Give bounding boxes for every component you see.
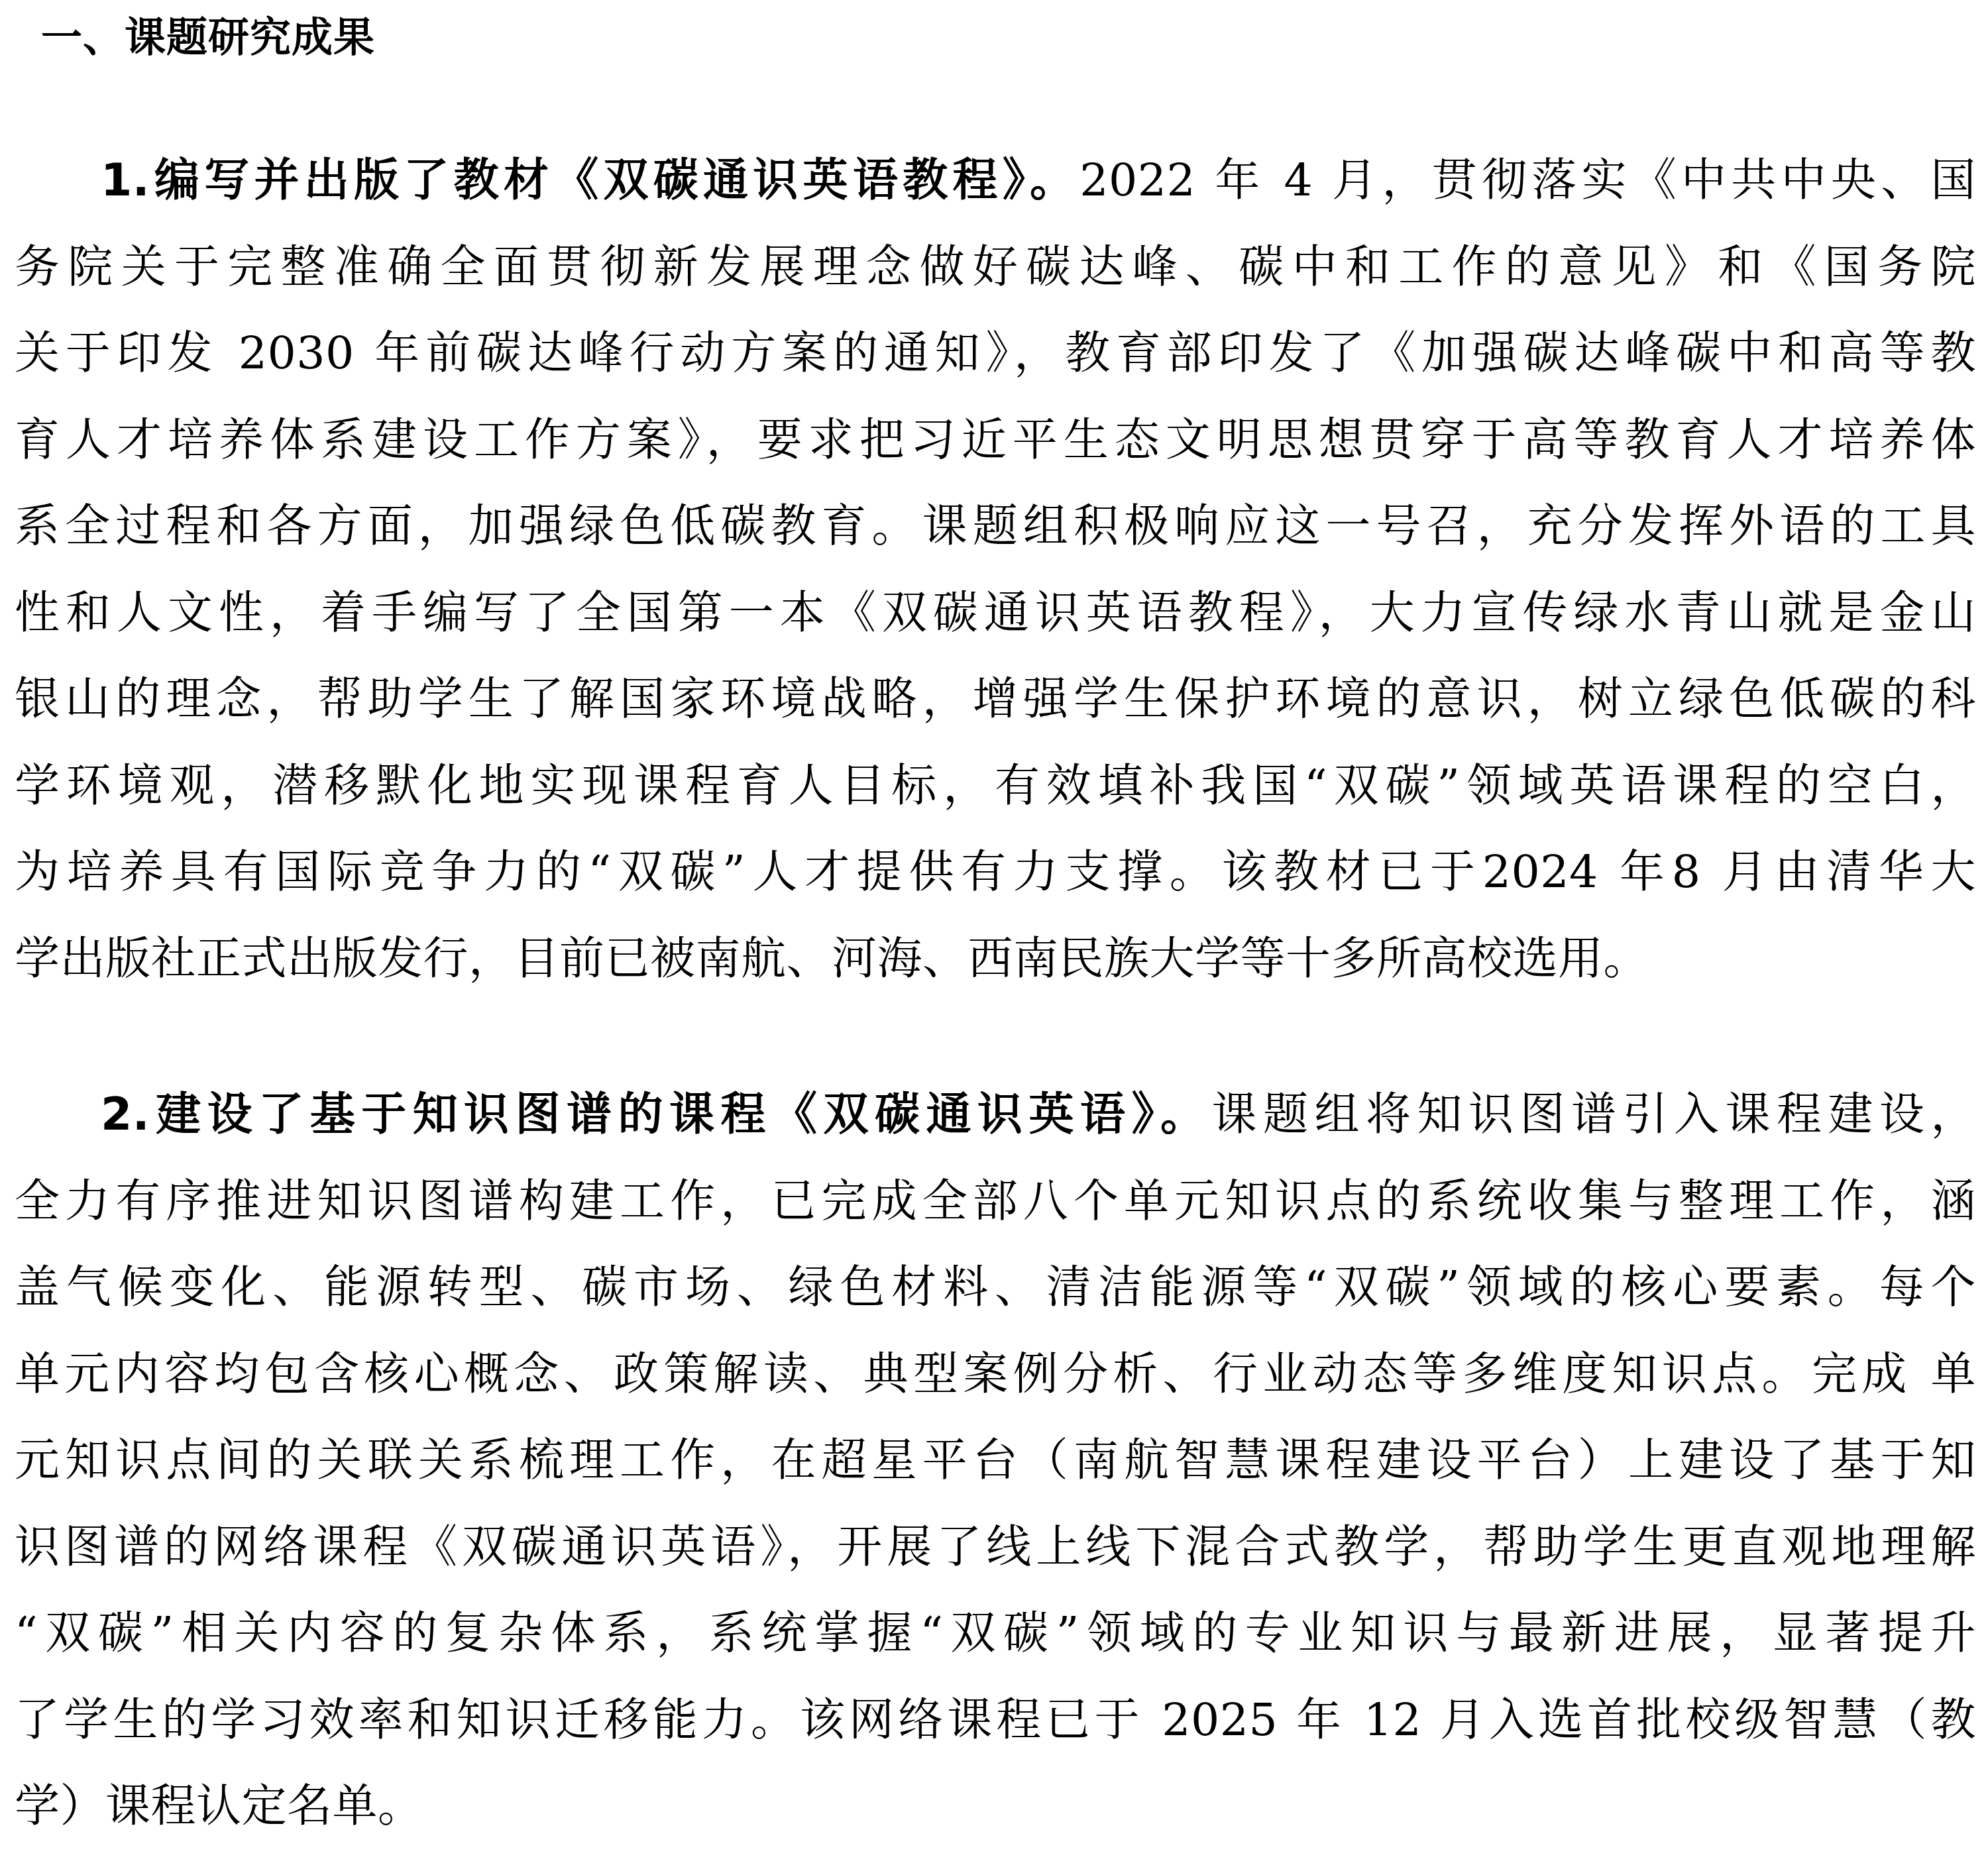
paragraph-2-line-7: “双碳”相关内容的复杂体系，系统掌握“双碳”领域的专业知识与最新进展，显著提升 bbox=[15, 1591, 1976, 1678]
paragraph-2: 2.建设了基于知识图谱的课程《双碳通识英语》。课题组将知识图谱引入课程建设， 全… bbox=[15, 1072, 1976, 1850]
paragraph-1-line-10: 学出版社正式出版发行，目前已被南航、河海、西南民族大学等十多所高校选用。 bbox=[15, 916, 1976, 1003]
paragraph-2-line-3: 盖气候变化、能源转型、碳市场、绿色材料、清洁能源等“双碳”领域的核心要素。每个 bbox=[15, 1245, 1976, 1332]
paragraph-1-line-3: 关于印发 2030 年前碳达峰行动方案的通知》，教育部印发了《加强碳达峰碳中和高… bbox=[15, 311, 1976, 398]
section-heading: 一、课题研究成果 bbox=[41, 8, 375, 68]
paragraph-1-line-2: 务院关于完整准确全面贯彻新发展理念做好碳达峰、碳中和工作的意见》和《国务院 bbox=[15, 225, 1976, 311]
paragraph-1-line-5: 系全过程和各方面，加强绿色低碳教育。课题组积极响应这一号召，充分发挥外语的工具 bbox=[15, 484, 1976, 570]
paragraph-1: 1.编写并出版了教材《双碳通识英语教程》。2022 年 4 月，贯彻落实《中共中… bbox=[15, 138, 1976, 1002]
document-page: 一、课题研究成果 1.编写并出版了教材《双碳通识英语教程》。2022 年 4 月… bbox=[0, 0, 1988, 1867]
paragraph-2-number: 2. bbox=[101, 1089, 150, 1141]
paragraph-2-line-2: 全力有序推进知识图谱构建工作，已完成全部八个单元知识点的系统收集与整理工作，涵 bbox=[15, 1159, 1976, 1246]
paragraph-1-line-8: 学环境观，潜移默化地实现课程育人目标，有效填补我国“双碳”领域英语课程的空白， bbox=[15, 743, 1976, 830]
paragraph-1-line-9: 为培养具有国际竞争力的“双碳”人才提供有力支撑。该教材已于2024 年8 月由清… bbox=[15, 829, 1976, 916]
paragraph-1-number: 1. bbox=[101, 154, 150, 207]
paragraph-1-line-4: 育人才培养体系建设工作方案》，要求把习近平生态文明思想贯穿于高等教育人才培养体 bbox=[15, 398, 1976, 484]
paragraph-2-text: 课题组将知识图谱引入课程建设， bbox=[1212, 1089, 1976, 1141]
paragraph-1-lead: 编写并出版了教材《双碳通识英语教程》。 bbox=[150, 154, 1079, 207]
paragraph-2-line-9: 学）课程认定名单。 bbox=[15, 1764, 1976, 1850]
paragraph-1-text: 2022 年 4 月，贯彻落实《中共中央、国 bbox=[1079, 154, 1976, 207]
paragraph-2-line-8: 了学生的学习效率和知识迁移能力。该网络课程已于 2025 年 12 月入选首批校… bbox=[15, 1678, 1976, 1764]
paragraph-1-line-6: 性和人文性，着手编写了全国第一本《双碳通识英语教程》，大力宣传绿水青山就是金山 bbox=[15, 570, 1976, 657]
paragraph-2-lead: 建设了基于知识图谱的课程《双碳通识英语》。 bbox=[150, 1089, 1211, 1141]
paragraph-1-line-7: 银山的理念，帮助学生了解国家环境战略，增强学生保护环境的意识，树立绿色低碳的科 bbox=[15, 657, 1976, 743]
paragraph-2-line-5: 元知识点间的关联关系梳理工作，在超星平台（南航智慧课程建设平台）上建设了基于知 bbox=[15, 1418, 1976, 1505]
paragraph-2-line-4: 单元内容均包含核心概念、政策解读、典型案例分析、行业动态等多维度知识点。完成 单 bbox=[15, 1332, 1976, 1418]
paragraph-2-line-6: 识图谱的网络课程《双碳通识英语》，开展了线上线下混合式教学，帮助学生更直观地理解 bbox=[15, 1505, 1976, 1591]
paragraph-2-line-1: 2.建设了基于知识图谱的课程《双碳通识英语》。课题组将知识图谱引入课程建设， bbox=[15, 1072, 1976, 1159]
paragraph-1-line-1: 1.编写并出版了教材《双碳通识英语教程》。2022 年 4 月，贯彻落实《中共中… bbox=[15, 138, 1976, 225]
